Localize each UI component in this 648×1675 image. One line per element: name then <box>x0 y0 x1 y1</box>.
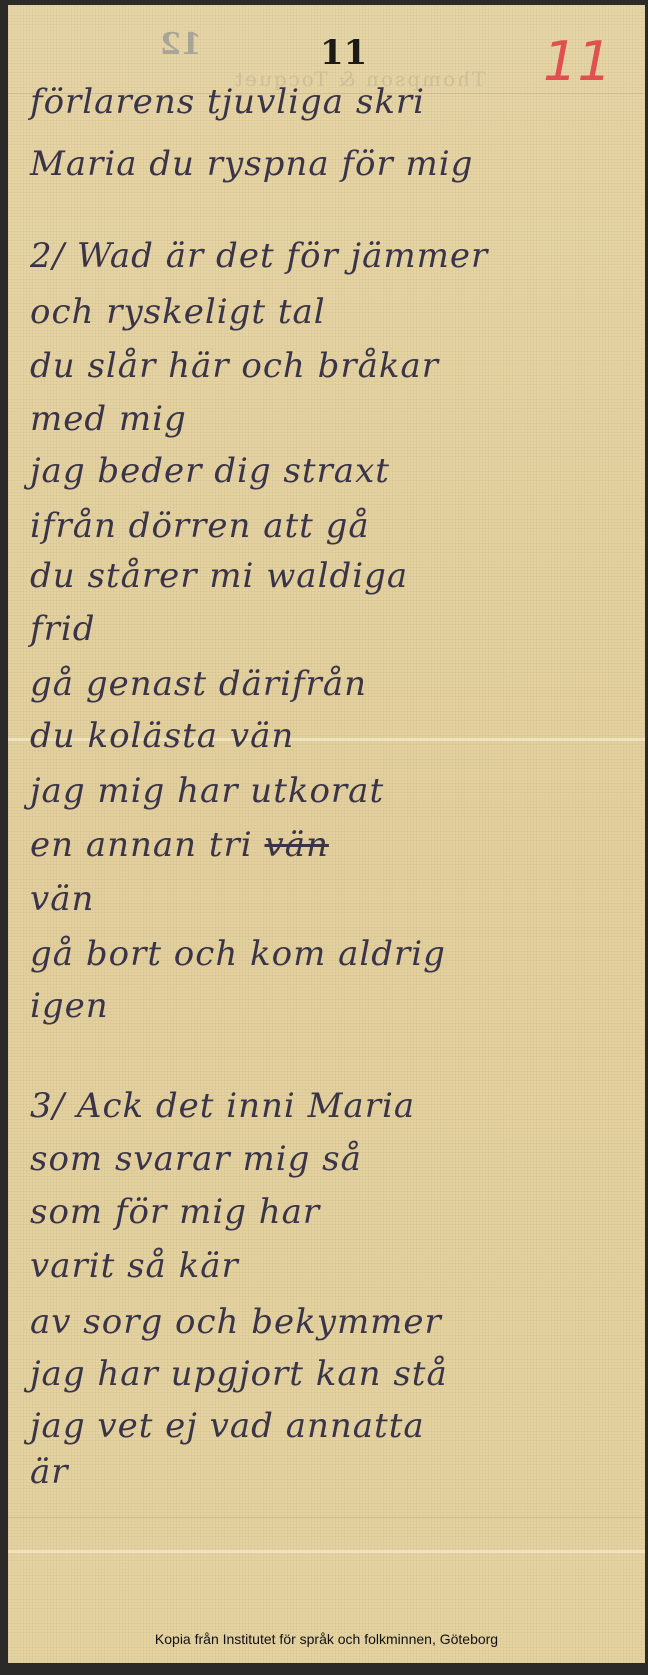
line-text: 2/ Wad är det för jämmer <box>30 236 488 276</box>
handwritten-line: vän <box>30 882 94 916</box>
handwritten-line: som svarar mig så <box>30 1142 362 1176</box>
handwritten-line: och ryskeligt tal <box>30 295 326 329</box>
handwritten-line: ifrån dörren att gå <box>30 509 370 543</box>
archive-footer: Kopia från Institutet för språk och folk… <box>8 1631 645 1647</box>
handwritten-line: med mig <box>30 402 187 436</box>
paper-fold <box>8 1550 645 1553</box>
line-text: 3/ Ack det inni Maria <box>30 1086 415 1126</box>
line-text: varit så kär <box>30 1246 239 1286</box>
handwritten-line: 2/ Wad är det för jämmer <box>30 239 488 273</box>
line-text: som svarar mig så <box>30 1139 362 1179</box>
page-number: 11 <box>320 33 367 73</box>
ruled-line <box>8 1517 645 1518</box>
line-text: gå bort och kom aldrig <box>30 934 446 974</box>
struck-out-word: vän <box>264 825 328 865</box>
manuscript-page: 12 Thompson & Tocquet 11 11 förlarens tj… <box>8 5 645 1663</box>
line-text: jag beder dig straxt <box>30 451 390 491</box>
handwritten-line: frid <box>30 612 95 646</box>
handwritten-line: jag vet ej vad annatta <box>30 1409 425 1443</box>
handwritten-line: gå genast därifrån <box>30 667 367 701</box>
handwritten-line: varit så kär <box>30 1249 239 1283</box>
line-text: vän <box>30 879 94 919</box>
line-text: Maria du ryspna för mig <box>30 144 473 184</box>
line-text: du slår här och bråkar <box>30 346 439 386</box>
red-pencil-mark: 11 <box>543 35 612 89</box>
line-text: jag har upgjort kan stå <box>30 1354 448 1394</box>
handwritten-line: 3/ Ack det inni Maria <box>30 1089 415 1123</box>
line-text: gå genast därifrån <box>30 664 367 704</box>
handwritten-line: du slår här och bråkar <box>30 349 439 383</box>
line-text: med mig <box>30 399 187 439</box>
line-text: en annan tri <box>30 825 253 865</box>
line-text: frid <box>30 609 95 649</box>
handwritten-line: förlarens tjuvliga skri <box>30 85 425 119</box>
bleed-through-page-number: 12 <box>160 27 202 62</box>
handwritten-line: igen <box>30 989 109 1023</box>
handwritten-line: en annan tri vän <box>30 828 329 862</box>
handwritten-line: jag mig har utkorat <box>30 774 384 808</box>
line-text: är <box>30 1452 69 1492</box>
handwritten-line: du kolästa vän <box>30 719 294 753</box>
handwritten-line: Maria du ryspna för mig <box>30 147 473 181</box>
line-text: jag vet ej vad annatta <box>30 1406 425 1446</box>
handwritten-line: jag har upgjort kan stå <box>30 1357 448 1391</box>
handwritten-line: av sorg och bekymmer <box>30 1305 442 1339</box>
line-text: förlarens tjuvliga skri <box>30 82 425 122</box>
handwritten-line: är <box>30 1455 69 1489</box>
handwritten-line: gå bort och kom aldrig <box>30 937 446 971</box>
handwritten-line: som för mig har <box>30 1195 320 1229</box>
line-text: och ryskeligt tal <box>30 292 326 332</box>
line-text: du stårer mi waldiga <box>30 556 408 596</box>
line-text: ifrån dörren att gå <box>30 506 370 546</box>
line-text: jag mig har utkorat <box>30 771 384 811</box>
handwritten-line: du stårer mi waldiga <box>30 559 408 593</box>
handwritten-line: jag beder dig straxt <box>30 454 390 488</box>
line-text: igen <box>30 986 109 1026</box>
line-text: av sorg och bekymmer <box>30 1302 442 1342</box>
line-text: som för mig har <box>30 1192 320 1232</box>
line-text: du kolästa vän <box>30 716 294 756</box>
